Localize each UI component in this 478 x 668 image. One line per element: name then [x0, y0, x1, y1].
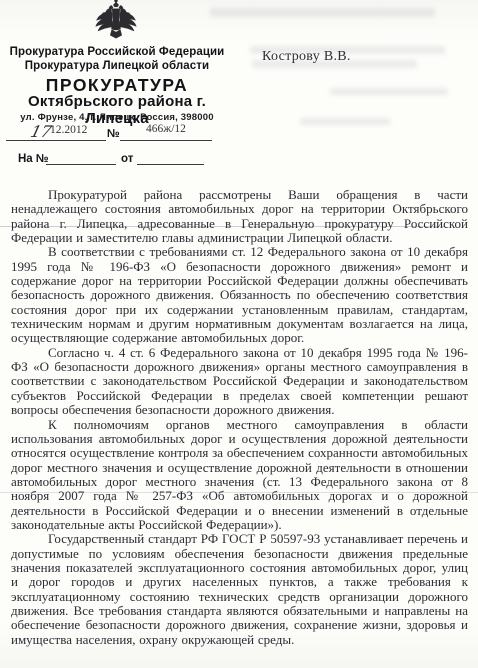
bleedthrough-artifact	[210, 8, 435, 17]
number-sign-label: №	[107, 128, 120, 140]
document-page: Прокуратура Российской Федерации Прокура…	[0, 0, 478, 668]
reference-ot-label: от	[121, 153, 133, 165]
russia-coat-of-arms-icon	[93, 0, 139, 42]
org-line-region: Прокуратура Липецкой области	[2, 60, 232, 72]
recipient-name: Кострову В.В.	[262, 49, 351, 65]
number-fill-line	[120, 140, 212, 141]
reference-date-fill-line	[137, 164, 204, 165]
body-paragraph: В соответствии с требованиями ст. 12 Фед…	[11, 245, 468, 345]
body-paragraph: Государственный стандарт РФ ГОСТ Р 50597…	[11, 532, 468, 647]
body-paragraph: К полномочиям органов местного самоуправ…	[11, 418, 468, 533]
outgoing-number: 466ж/12	[146, 123, 186, 135]
date-fill-line	[6, 140, 106, 141]
printed-date: 12.2012	[50, 124, 87, 136]
bleedthrough-artifact	[300, 118, 390, 125]
org-line-federation: Прокуратура Российской Федерации	[2, 46, 232, 58]
reference-na-label: На №	[18, 153, 49, 165]
reference-number-fill-line	[46, 164, 116, 165]
body-paragraph: Прокуратурой района рассмотрены Ваши обр…	[11, 188, 468, 245]
bleedthrough-artifact	[330, 88, 448, 95]
letter-body: Прокуратурой района рассмотрены Ваши обр…	[11, 188, 468, 647]
body-paragraph: Согласно ч. 4 ст. 6 Федерального закона …	[11, 346, 468, 418]
